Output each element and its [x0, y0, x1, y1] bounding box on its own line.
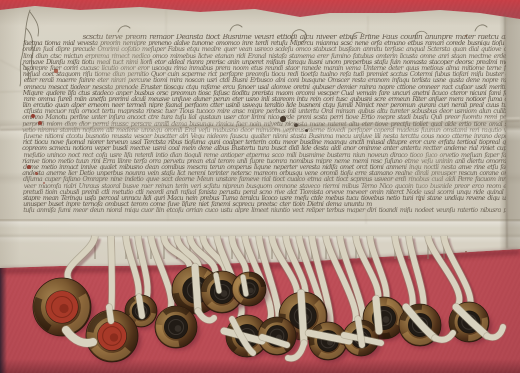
- tag-over-seal: [301, 293, 304, 343]
- fold-creases: [0, 10, 520, 248]
- tag-over-seal: [376, 299, 379, 331]
- tag-over-seal: [139, 297, 142, 316]
- photo-of-sealed-charter: scsctu terve preom remaor Deansta tioct …: [0, 0, 520, 373]
- pen-flourishes: [20, 10, 487, 86]
- tag-over-seal: [358, 319, 362, 345]
- tag-over-seal: [216, 275, 219, 291]
- tag-over-seal: [243, 277, 246, 294]
- tag-over-seal: [195, 267, 198, 311]
- seals-and-tags-overlay: [0, 0, 520, 373]
- tag-over-seal: [109, 307, 111, 321]
